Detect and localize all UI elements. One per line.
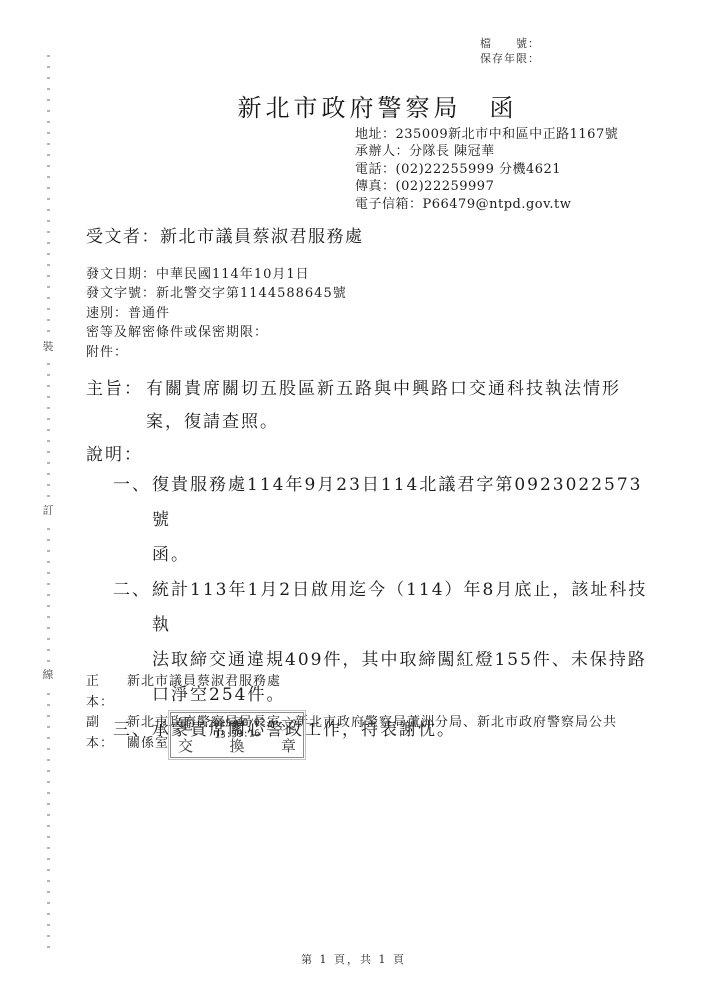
document-meta-block: 發文日期：中華民國114年10月1日 發文字號：新北警交字第1144588645…	[86, 265, 347, 362]
subject-section: 主旨： 有關貴席關切五股區新五路與中興路口交通科技執法情形 案，復請查照。	[86, 373, 646, 439]
speed-classification: 速別：普通件	[86, 304, 347, 323]
sender-fax: 傳真：(02)22259997	[355, 178, 618, 195]
recipient-line: 受文者：新北市議員蔡淑君服務處	[86, 222, 364, 247]
copy-label: 副本：	[86, 713, 127, 754]
binding-mark-zhuang: 裝	[41, 336, 55, 356]
official-letter-page: 裝 訂 線 檔 號： 保存年限： 新北市政府警察局 函 地址：235009新北市…	[0, 0, 707, 1000]
original-recipient-row: 正本： 新北市議員蔡淑君服務處	[86, 672, 642, 713]
binding-mark-ding: 訂	[41, 500, 55, 520]
document-title: 新北市政府警察局 函	[0, 88, 707, 123]
file-header: 檔 號： 保存年限：	[480, 36, 540, 66]
stamp-timestamp: 2025/10/02 13:59:16	[171, 716, 304, 743]
sender-phone: 電話：(02)22255999 分機4621	[355, 161, 618, 178]
document-number: 發文字號：新北警交字第1144588645號	[86, 284, 347, 303]
sender-address: 地址：235009新北市中和區中正路1167號	[355, 126, 618, 143]
issue-date: 發文日期：中華民國114年10月1日	[86, 265, 347, 284]
retention-period-label: 保存年限：	[480, 51, 540, 66]
list-item: 一、 復貴服務處114年9月23日114北議君字第0923022573號 函。	[113, 468, 649, 573]
original-label: 正本：	[86, 672, 127, 713]
subject-text: 有關貴席關切五股區新五路與中興路口交通科技執法情形 案，復請查照。	[146, 373, 646, 439]
description-label: 說明：	[86, 440, 143, 465]
file-number-label: 檔 號：	[480, 36, 540, 51]
item-marker: 一、	[113, 468, 152, 573]
page-footer: 第 1 頁，共 1 頁	[0, 951, 707, 967]
security-classification: 密等及解密條件或保密期限：	[86, 323, 347, 342]
subject-label: 主旨：	[86, 373, 146, 439]
sender-email: 電子信箱：P66479@ntpd.gov.tw	[355, 196, 618, 213]
original-recipient: 新北市議員蔡淑君服務處	[127, 672, 642, 713]
electronic-exchange-stamp: 電 子 文 交 換 章 2025/10/02 13:59:16	[170, 712, 304, 758]
item-text: 復貴服務處114年9月23日114北議君字第0923022573號 函。	[152, 468, 649, 573]
sender-info-block: 地址：235009新北市中和區中正路1167號 承辦人：分隊長 陳冠華 電話：(…	[355, 126, 618, 213]
binding-mark-xian: 線	[41, 664, 55, 684]
sender-contact-person: 承辦人：分隊長 陳冠華	[355, 143, 618, 160]
attachment-label: 附件：	[86, 343, 347, 362]
